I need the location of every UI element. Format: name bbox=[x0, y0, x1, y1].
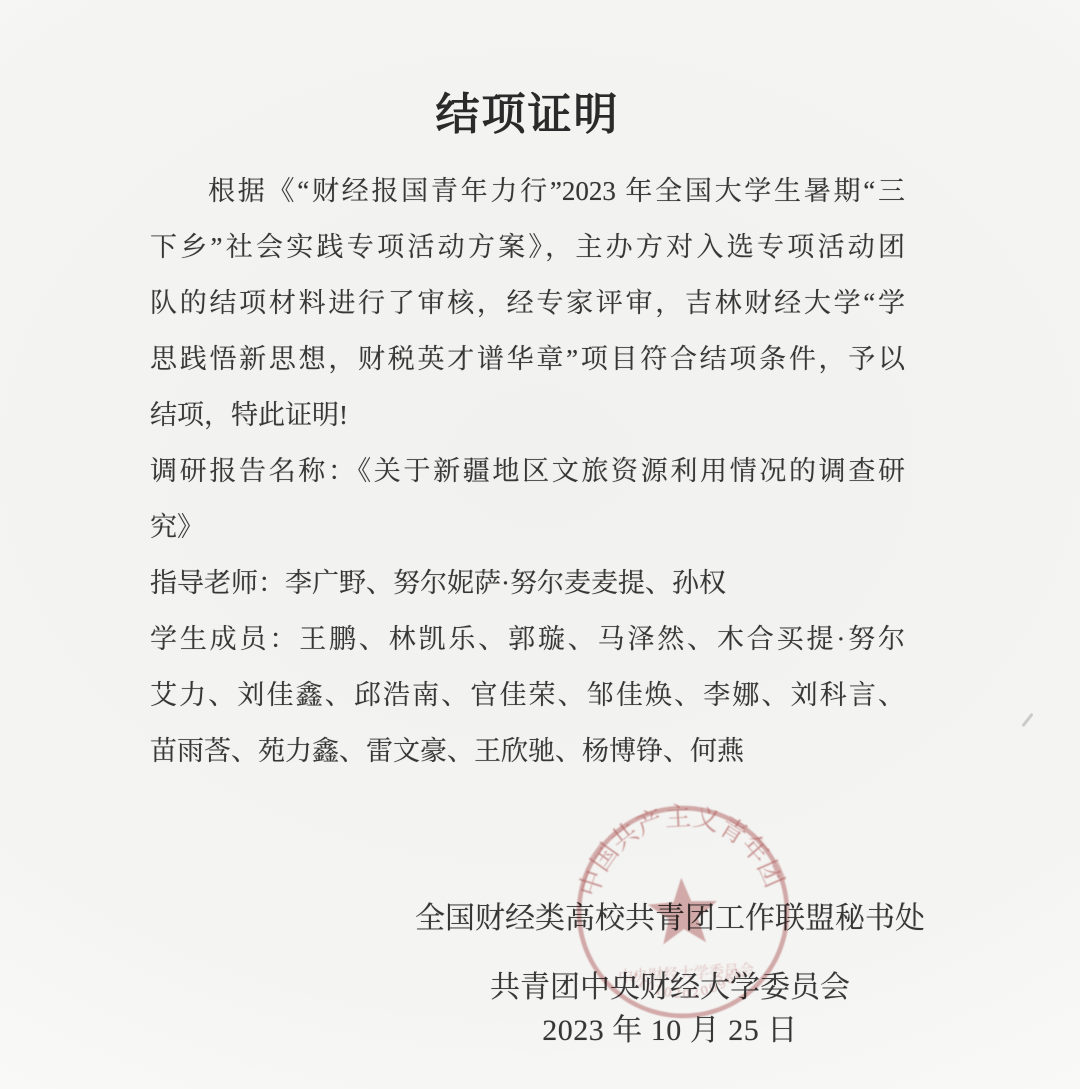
body-line: 调研报告名称：《关于新疆地区文旅资源利用情况的调查研 bbox=[150, 443, 905, 499]
body-line: 苗雨莟、苑力鑫、雷文豪、王欣驰、杨博铮、何燕 bbox=[150, 723, 905, 779]
body-line: 结项，特此证明! bbox=[150, 387, 905, 443]
certificate-body: 根据《“财经报国青年力行”2023 年全国大学生暑期“三 下乡”社会实践专项活动… bbox=[150, 163, 905, 779]
body-line: 艾力、刘佳鑫、邱浩南、官佳荣、邹佳焕、李娜、刘科言、 bbox=[150, 667, 905, 723]
body-line: 下乡”社会实践专项活动方案》，主办方对入选专项活动团 bbox=[150, 219, 905, 275]
certificate-page: 结项证明 根据《“财经报国青年力行”2023 年全国大学生暑期“三 下乡”社会实… bbox=[0, 0, 1080, 1089]
body-line: 学生成员：王鹏、林凯乐、郭璇、马泽然、木合买提·努尔 bbox=[150, 611, 905, 667]
page-title: 结项证明 bbox=[150, 78, 905, 142]
scan-artifact bbox=[1021, 713, 1033, 727]
body-line: 根据《“财经报国青年力行”2023 年全国大学生暑期“三 bbox=[150, 163, 905, 219]
body-line: 思践悟新思想，财税英才谱华章”项目符合结项条件，予以 bbox=[150, 331, 905, 387]
seal-graphic: 中国共产主义青年团 中央财经大学委员会 1101020200963 bbox=[566, 795, 799, 1028]
body-line: 指导老师：李广野、努尔妮萨·努尔麦麦提、孙权 bbox=[150, 555, 905, 611]
body-line: 队的结项材料进行了审核，经专家评审，吉林财经大学“学 bbox=[150, 275, 905, 331]
seal-star-icon bbox=[647, 876, 719, 945]
official-seal: 中国共产主义青年团 中央财经大学委员会 1101020200963 bbox=[566, 795, 799, 1028]
body-line: 究》 bbox=[150, 499, 905, 555]
